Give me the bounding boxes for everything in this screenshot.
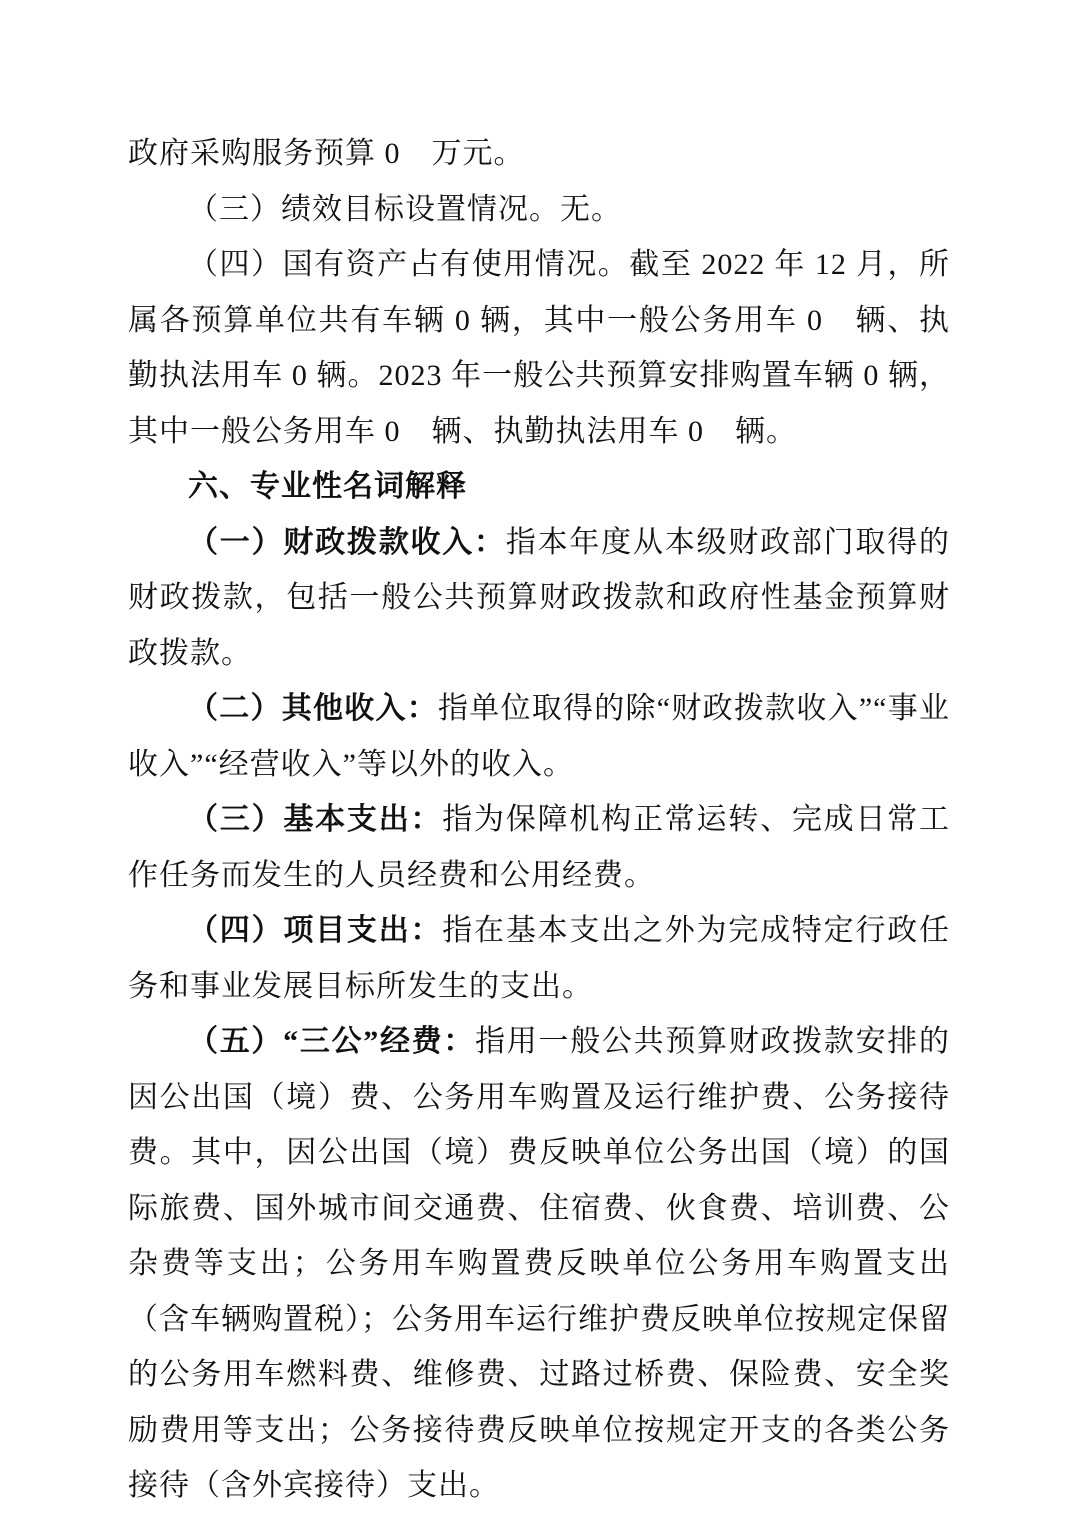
document-page: 政府采购服务预算 0 万元。 （三）绩效目标设置情况。无。 （四）国有资产占有使… [0, 0, 1074, 1520]
paragraph-performance-targets: （三）绩效目标设置情况。无。 [128, 182, 950, 238]
paragraph-term-project-expenditure: （四）项目支出：指在基本支出之外为完成特定行政任务和事业发展目标所发生的支出。 [128, 903, 950, 1014]
document-body: 政府采购服务预算 0 万元。 （三）绩效目标设置情况。无。 （四）国有资产占有使… [128, 126, 950, 1514]
paragraph-continuation: 政府采购服务预算 0 万元。 [128, 126, 950, 182]
paragraph-state-assets: （四）国有资产占有使用情况。截至 2022 年 12 月，所属各预算单位共有车辆… [128, 237, 950, 459]
term-label: （一）财政拨款收入： [188, 526, 506, 559]
paragraph-text: （四）国有资产占有使用情况。截至 2022 年 12 月，所属各预算单位共有车辆… [128, 248, 950, 448]
section-heading-terminology: 六、专业性名词解释 [128, 459, 950, 515]
paragraph-text: （三）绩效目标设置情况。无。 [188, 193, 622, 226]
paragraph-term-basic-expenditure: （三）基本支出：指为保障机构正常运转、完成日常工作任务而发生的人员经费和公用经费… [128, 792, 950, 903]
term-label: （二）其他收入： [188, 692, 438, 725]
term-label: （三）基本支出： [188, 803, 442, 836]
paragraph-term-other-income: （二）其他收入：指单位取得的除“财政拨款收入”“事业收入”“经营收入”等以外的收… [128, 681, 950, 792]
term-label: （五）“三公”经费： [188, 1025, 475, 1058]
paragraph-term-fiscal-appropriation: （一）财政拨款收入：指本年度从本级财政部门取得的财政拨款，包括一般公共预算财政拨… [128, 515, 950, 682]
paragraph-text: 政府采购服务预算 0 万元。 [128, 137, 525, 170]
paragraph-term-three-public-funds: （五）“三公”经费：指用一般公共预算财政拨款安排的因公出国（境）费、公务用车购置… [128, 1014, 950, 1514]
term-label: （四）项目支出： [188, 914, 442, 947]
term-definition: 指用一般公共预算财政拨款安排的因公出国（境）费、公务用车购置及运行维护费、公务接… [128, 1025, 950, 1502]
